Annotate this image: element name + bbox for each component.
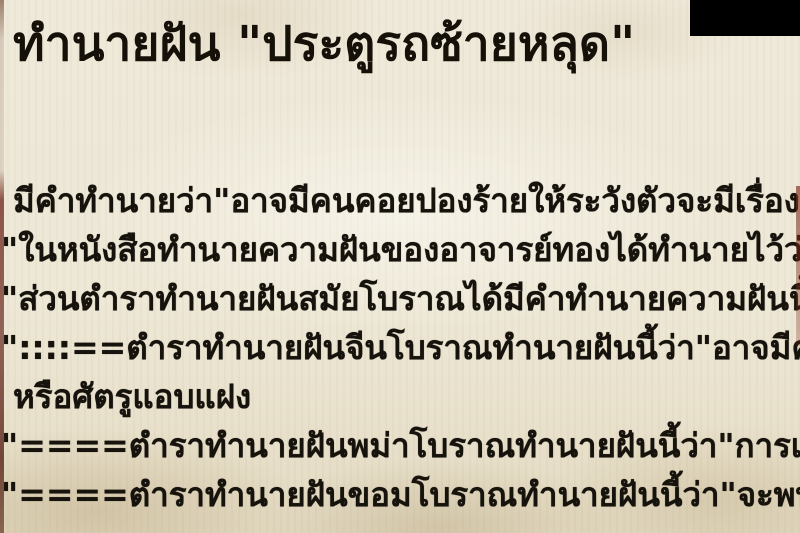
interpretation-text-block: มีคำทำนายว่า"อาจมีคนคอยปองร้ายให้ระวังตั… xyxy=(0,176,800,533)
interpretation-line: "ส่วนตำราทำนายฝันสมัยโบราณได้มีคำทำนายคว… xyxy=(0,274,800,323)
interpretation-line: "::::==ตำราทำนายฝันจีนโบราณทำนายฝันนี้ว่… xyxy=(0,323,800,372)
interpretation-line: "ในหนังสือทำนายความฝันของอาจารย์ทองได้ทำ… xyxy=(0,225,800,274)
page-title: ทำนายฝัน "ประตูรถซ้ายหลุด" xyxy=(13,16,635,72)
interpretation-line: "====ตำราทำนายฝันขอมโบราณทำนายฝันนี้ว่า"… xyxy=(0,470,800,519)
interpretation-line: "====ตำราทำนายฝันพม่าโบราณทำนายฝันนี้ว่า… xyxy=(0,421,800,470)
top-right-black-bar xyxy=(690,0,800,36)
interpretation-line: มีคำทำนายว่า"อาจมีคนคอยปองร้ายให้ระวังตั… xyxy=(0,176,800,225)
interpretation-line: หรือศัตรูแอบแฝง xyxy=(0,372,800,421)
dream-interpretation-page: { "page": { "title": "ทำนายฝัน \"ประตูรถ… xyxy=(0,0,800,533)
